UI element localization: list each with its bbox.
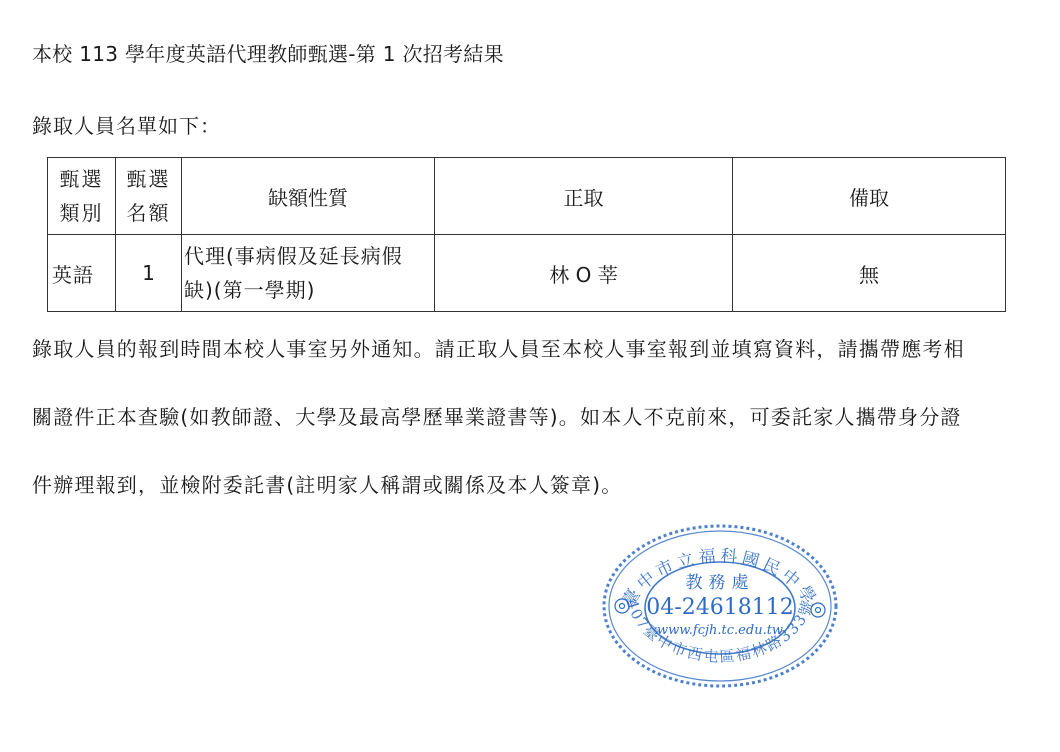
cell-category: 英語 [48, 235, 116, 312]
admission-results-table: 甄選 類別 甄選 名額 缺額性質 正取 備取 英語 1 代理(事病假及延長病假 … [47, 157, 1006, 312]
admitted-list-intro: 錄取人員名單如下： [32, 110, 221, 139]
cell-backup-admit: 無 [733, 235, 1006, 312]
page-title: 本校 113 學年度英語代理教師甄選-第 1 次招考結果 [32, 38, 504, 67]
table-row: 英語 1 代理(事病假及延長病假 缺)(第一學期) 林 O 莘 無 [48, 235, 1006, 312]
cell-quota: 1 [116, 235, 182, 312]
table-header-row: 甄選 類別 甄選 名額 缺額性質 正取 備取 [48, 158, 1006, 235]
cell-vacancy-nature-line2: 缺)(第一學期) [182, 273, 434, 307]
school-seal-stamp: 臺中市立福科國民中學 407臺中市西屯區福林路333號 教務處 04-24618… [600, 522, 840, 690]
header-category-line1: 甄選 [48, 162, 115, 196]
header-quota-line1: 甄選 [116, 162, 181, 196]
header-category-line2: 類別 [48, 196, 115, 230]
header-backup-admit: 備取 [733, 158, 1006, 235]
seal-phone: 04-24618112 [646, 595, 793, 620]
header-quota-line2: 名額 [116, 196, 181, 230]
header-category: 甄選 類別 [48, 158, 116, 235]
header-quota: 甄選 名額 [116, 158, 182, 235]
seal-website: www.fcjh.tc.edu.tw [657, 623, 783, 638]
notice-line-3: 件辦理報到，並檢附委託書(註明家人稱謂或關係及本人簽章)。 [32, 469, 622, 498]
cell-main-admit: 林 O 莘 [435, 235, 733, 312]
header-main-admit: 正取 [435, 158, 733, 235]
header-vacancy-nature: 缺額性質 [182, 158, 435, 235]
cell-vacancy-nature: 代理(事病假及延長病假 缺)(第一學期) [182, 235, 435, 312]
notice-line-2: 關證件正本查驗(如教師證、大學及最高學歷畢業證書等)。如本人不克前來，可委託家人… [32, 401, 962, 430]
cell-vacancy-nature-line1: 代理(事病假及延長病假 [182, 239, 434, 273]
seal-department: 教務處 [686, 573, 755, 593]
notice-line-1: 錄取人員的報到時間本校人事室另外通知。請正取人員至本校人事室報到並填寫資料，請攜… [32, 333, 965, 362]
